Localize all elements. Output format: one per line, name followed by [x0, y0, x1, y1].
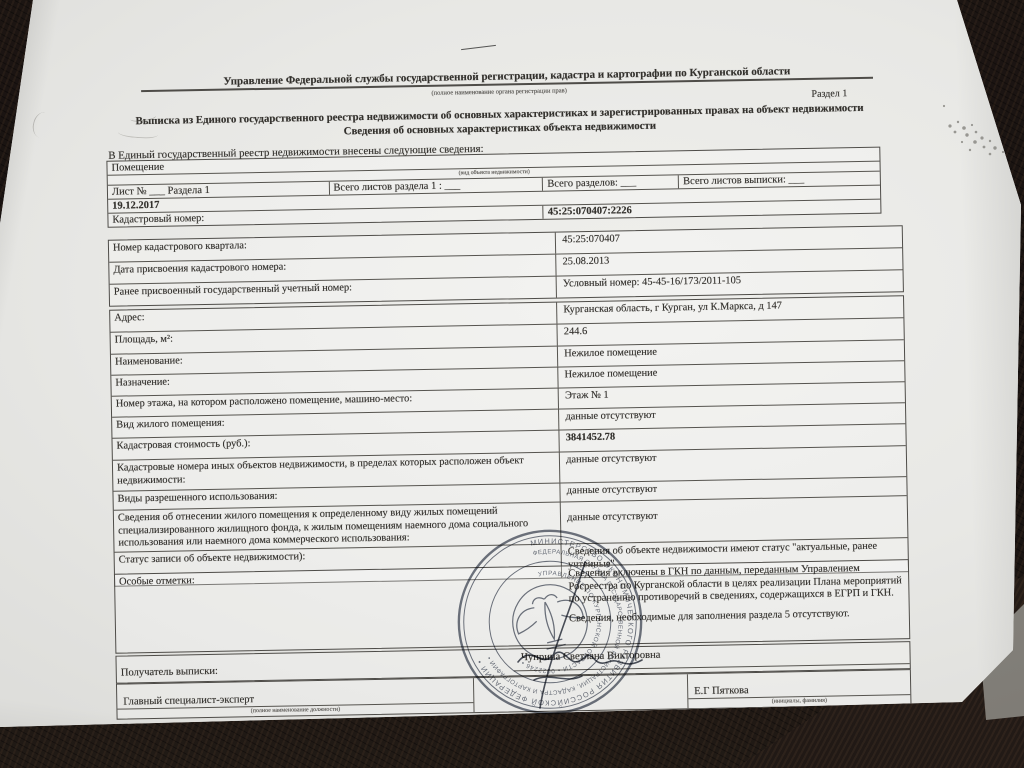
extract-date: 19.12.2017: [108, 199, 162, 213]
section-label: Раздел 1: [811, 88, 847, 100]
cadastral-number-value: 45:25:070407:2226: [544, 204, 635, 219]
object-type: Помещение: [107, 161, 167, 175]
row-value: данные отсутствуют: [560, 446, 906, 482]
object-table: Помещение (вид объекта недвижимости) Лис…: [106, 147, 881, 228]
position-cell: Главный специалист-эксперт (полное наиме…: [117, 678, 474, 719]
photo-scene: Управление Федеральной службы государств…: [0, 0, 1024, 768]
signee-cell: Е.Г Пяткова (инициалы, фамилия): [688, 670, 911, 708]
handwritten-signature: [470, 540, 690, 730]
sections-total: Всего разделов: ___: [543, 175, 679, 190]
pencil-scribble: [30, 110, 55, 140]
pen-mark: [461, 45, 496, 50]
details-table-group-a: Номер кадастрового квартала: 45:25:07040…: [108, 225, 904, 307]
object-type-caption: (вид объекта недвижимости): [455, 168, 533, 177]
